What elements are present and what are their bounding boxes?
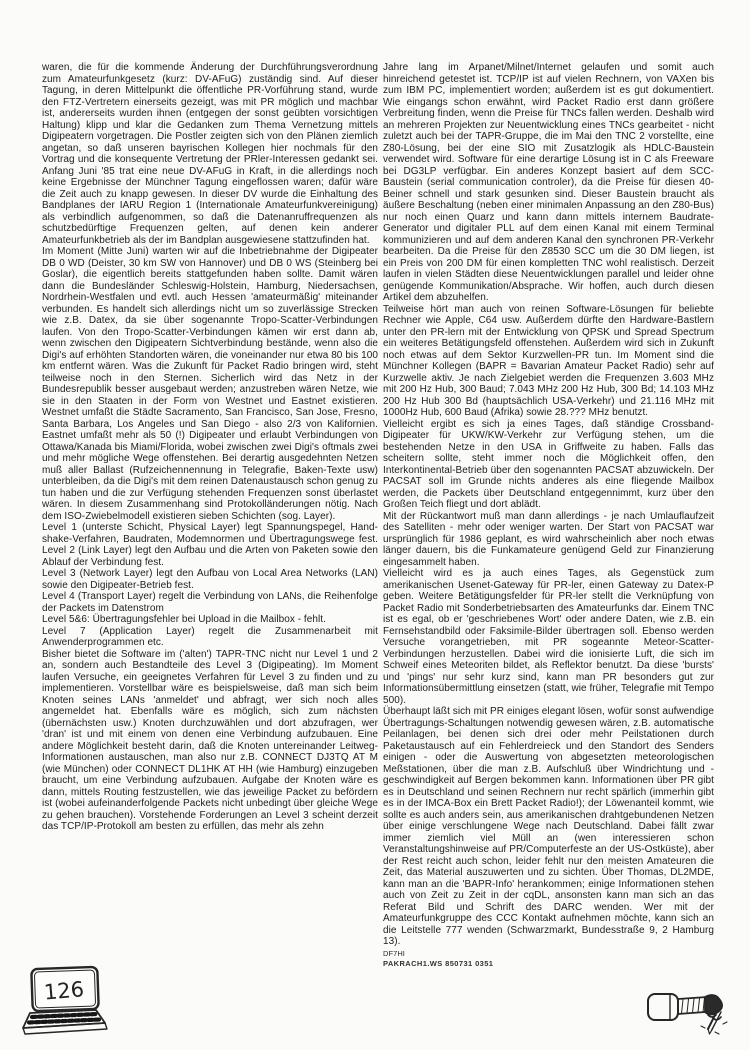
paragraph: Teilweise hört man auch von reinen Softw… [383,304,714,419]
paragraph: Überhaupt läßt sich mit PR einiges elega… [383,706,714,948]
paragraph: Vielleicht ergibt es sich ja eines Tages… [383,419,714,511]
computer-page-number-icon: 126 [18,964,118,1046]
paragraph: Level 3 (Network Layer) legt den Aufbau … [42,568,378,591]
writing-hand-icon [645,982,737,1038]
page-number: 126 [43,977,85,1004]
paragraph: Jahre lang im Arpanet/Milnet/Internet ge… [383,62,714,304]
paragraph: Level 7 (Application Layer) regelt die Z… [42,626,378,649]
paragraph: Level 1 (unterste Schicht, Physical Laye… [42,522,378,568]
paragraph: Bisher bietet die Software im ('alten') … [42,649,378,833]
right-column: Jahre lang im Arpanet/Milnet/Internet ge… [383,62,714,958]
paragraph: Im Moment (Mitte Juni) warten wir auf di… [42,246,378,522]
paragraph: Vielleicht wird es ja auch eines Tages, … [383,568,714,706]
paragraph: Level 4 (Transport Layer) regelt die Ver… [42,591,378,614]
author-callsign: DF7HI [383,949,714,958]
paragraph: Level 5&6: Übertragungsfehler bei Upload… [42,614,378,626]
left-column: waren, die für die kommende Änderung der… [42,62,378,833]
document-page: waren, die für die kommende Änderung der… [0,0,750,1050]
right-column-text: Jahre lang im Arpanet/Milnet/Internet ge… [383,62,714,948]
paragraph: Mit der Rückantwort muß man dann allerdi… [383,511,714,569]
footer-file-code: PAKRACH1.WS 850731 0351 [383,959,493,968]
paragraph: waren, die für die kommende Änderung der… [42,62,378,246]
